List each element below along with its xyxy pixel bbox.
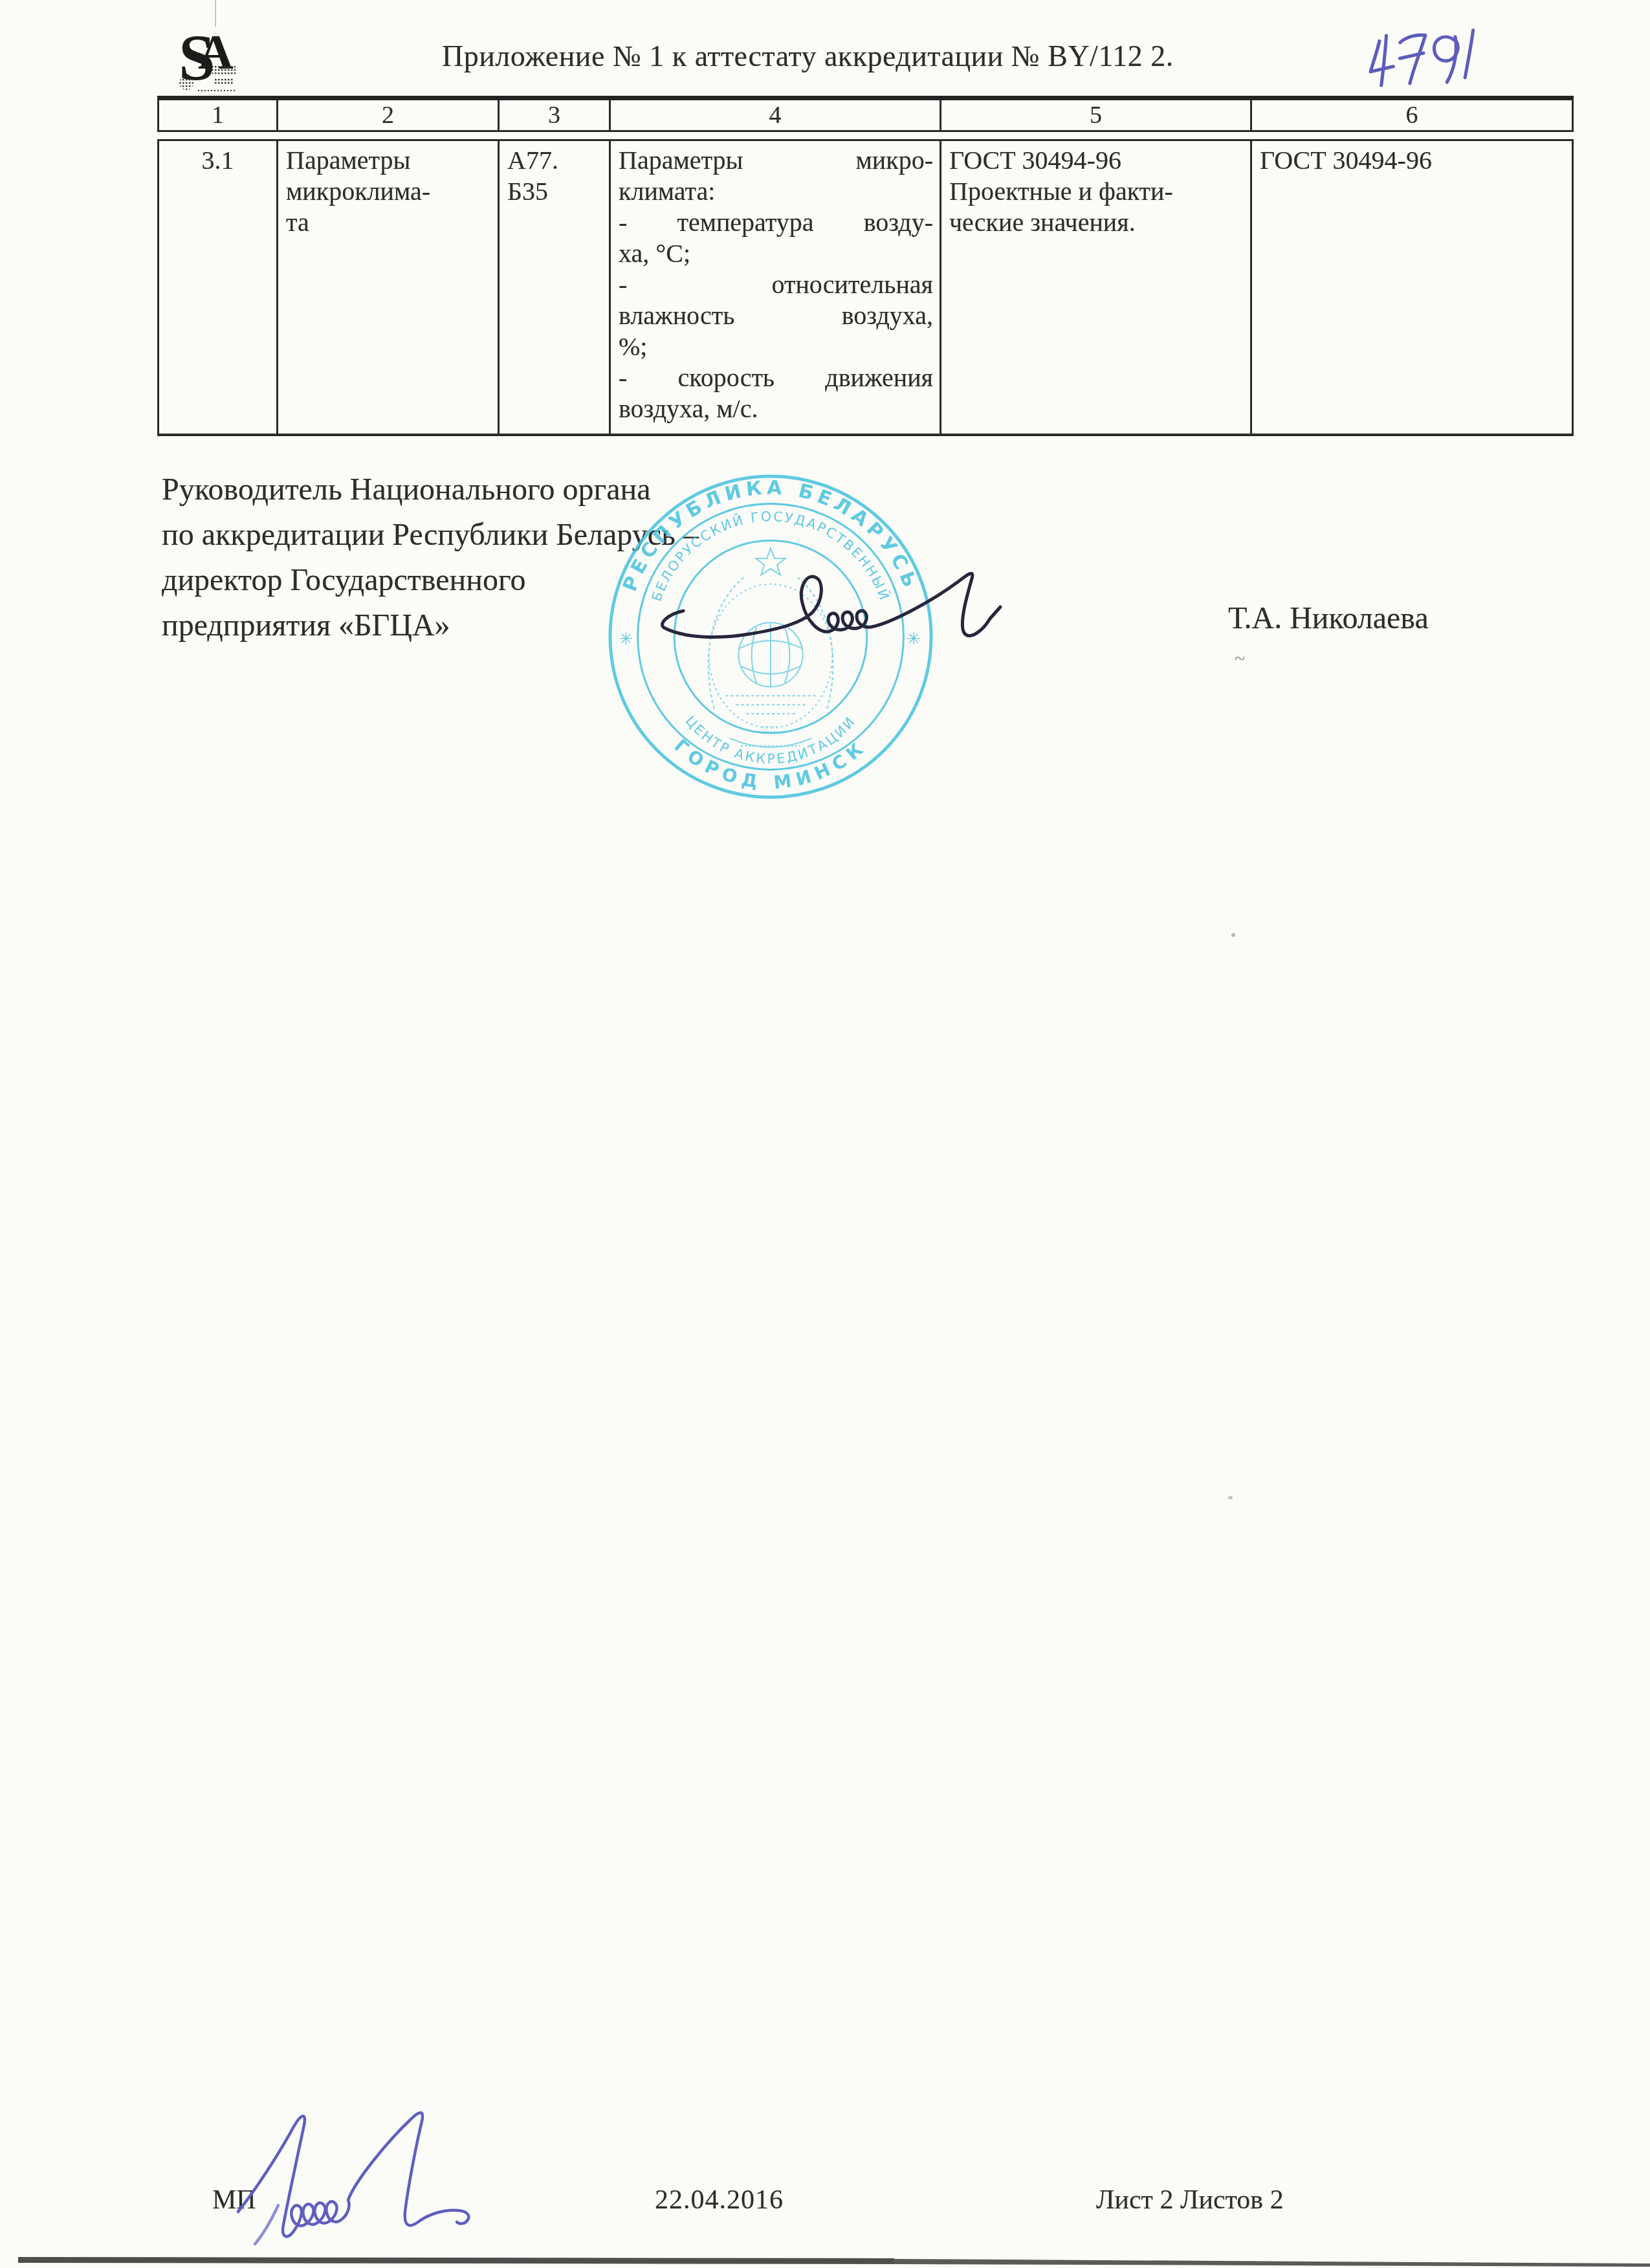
cell-gost-method: ГОСТ 30494-96: [1250, 141, 1572, 434]
column-number: 1: [159, 100, 276, 130]
cell-parameter-details: Параметры микро- климата: - температура …: [609, 141, 940, 434]
stamp-star-left: ✳: [619, 630, 633, 649]
director-signature: [655, 551, 1017, 668]
document-date: 22.04.2016: [655, 2185, 784, 2216]
sheet-counter: Лист 2 Листов 2: [1096, 2185, 1284, 2216]
table-row: 3.1 Параметры микроклима- та А77. Б35 Па…: [157, 139, 1574, 436]
text-line: та: [286, 207, 491, 238]
column-number: 2: [276, 100, 498, 130]
text-line: ческие значения.: [949, 207, 1244, 238]
scan-edge-artifact: [0, 2253, 1650, 2268]
cell-gost-values: ГОСТ 30494-96 Проектные и факти- ческие …: [940, 141, 1250, 434]
column-number: 6: [1250, 100, 1572, 130]
text-line: воздуха, м/с.: [619, 393, 933, 424]
signer-name: Т.А. Николаева: [1228, 600, 1429, 636]
text-line: микроклима-: [286, 176, 491, 207]
text-line: Параметры микро-: [619, 145, 933, 176]
column-number: 4: [609, 100, 940, 130]
scan-artifact-mark: ~: [1235, 648, 1245, 670]
text-line: А77.: [507, 145, 602, 176]
column-number: 3: [498, 100, 609, 130]
scanned-document-page: S A Приложение № 1 к аттестату аккредита…: [0, 0, 1650, 2268]
text-line: ГОСТ 30494-96: [949, 145, 1244, 176]
column-number: 5: [940, 100, 1250, 130]
text-line: Параметры: [286, 145, 491, 176]
text-line: - скорость движения: [619, 362, 933, 393]
text-line: Б35: [507, 176, 602, 207]
handwritten-number: [1350, 17, 1512, 98]
cell-code: А77. Б35: [498, 141, 609, 434]
text-line: - относительная: [619, 269, 933, 300]
text-line: Проектные и факти-: [949, 176, 1244, 207]
text-line: - температура возду-: [619, 207, 933, 238]
table-header-row: 1 2 3 4 5 6: [157, 96, 1574, 132]
cell-item-number: 3.1: [159, 141, 276, 434]
cell-parameter-name: Параметры микроклима- та: [276, 141, 498, 434]
scan-speck: [1231, 933, 1235, 937]
text-line: влажность воздуха,: [619, 300, 933, 331]
text-line: ха, °С;: [619, 238, 933, 269]
document-title: Приложение № 1 к аттестату аккредитации …: [442, 39, 1174, 73]
scan-speck: [1228, 1496, 1233, 1499]
text-line: %;: [619, 331, 933, 362]
footer-signature: [228, 2102, 555, 2251]
text-line: климата:: [619, 176, 933, 207]
sa-logo-icon: S A: [179, 23, 243, 100]
text-line: ГОСТ 30494-96: [1260, 145, 1565, 176]
